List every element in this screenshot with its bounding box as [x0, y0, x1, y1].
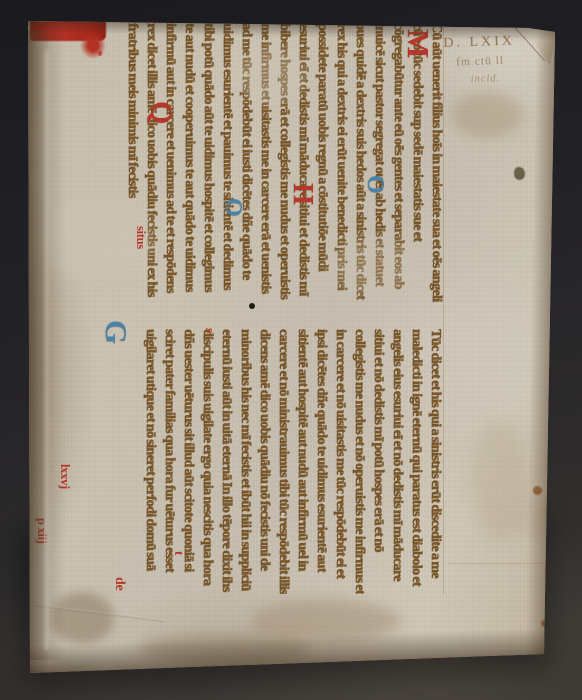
red-initial-h: H	[286, 183, 318, 205]
red-rubric: p xiij	[34, 518, 49, 604]
debris-speck	[514, 167, 525, 180]
stain	[140, 634, 310, 664]
inscription-line: incid.	[470, 69, 557, 88]
photo-of-manuscript: Cū aūt uenerit filius hoīs in maiestate …	[0, 0, 582, 700]
manuscript-text-column-2: Tūc dicet et his qui a sinistris erūt di…	[33, 329, 445, 594]
red-paragraph-mark: *	[90, 50, 106, 66]
stain	[50, 592, 114, 644]
stain	[470, 420, 530, 540]
blue-initial-o: O	[219, 198, 246, 217]
stain	[250, 600, 400, 642]
red-initial-q: Q	[144, 101, 178, 124]
manuscript-book-cover: Cū aūt uenerit filius hoīs in maiestate …	[0, 0, 582, 700]
red-rubric: situs	[133, 226, 148, 308]
red-rubric: lxxvj	[57, 464, 72, 524]
book-right-edge-shadow	[525, 28, 556, 660]
red-rubric: de	[111, 577, 127, 611]
rust-spot	[533, 486, 542, 495]
blue-initial-o: O	[361, 175, 388, 194]
blue-initial-g: G	[98, 320, 134, 344]
parchment-crease	[34, 604, 163, 622]
stain	[452, 92, 522, 138]
red-touched-letter: t	[171, 551, 187, 571]
ruling-line-horizontal	[447, 563, 543, 564]
red-touched-letter: s	[202, 328, 218, 348]
corner-inscription: D. LXIX fm ctū ll incid.	[443, 29, 557, 89]
red-initial-m: M	[400, 29, 436, 58]
wormhole-dot	[249, 303, 255, 309]
